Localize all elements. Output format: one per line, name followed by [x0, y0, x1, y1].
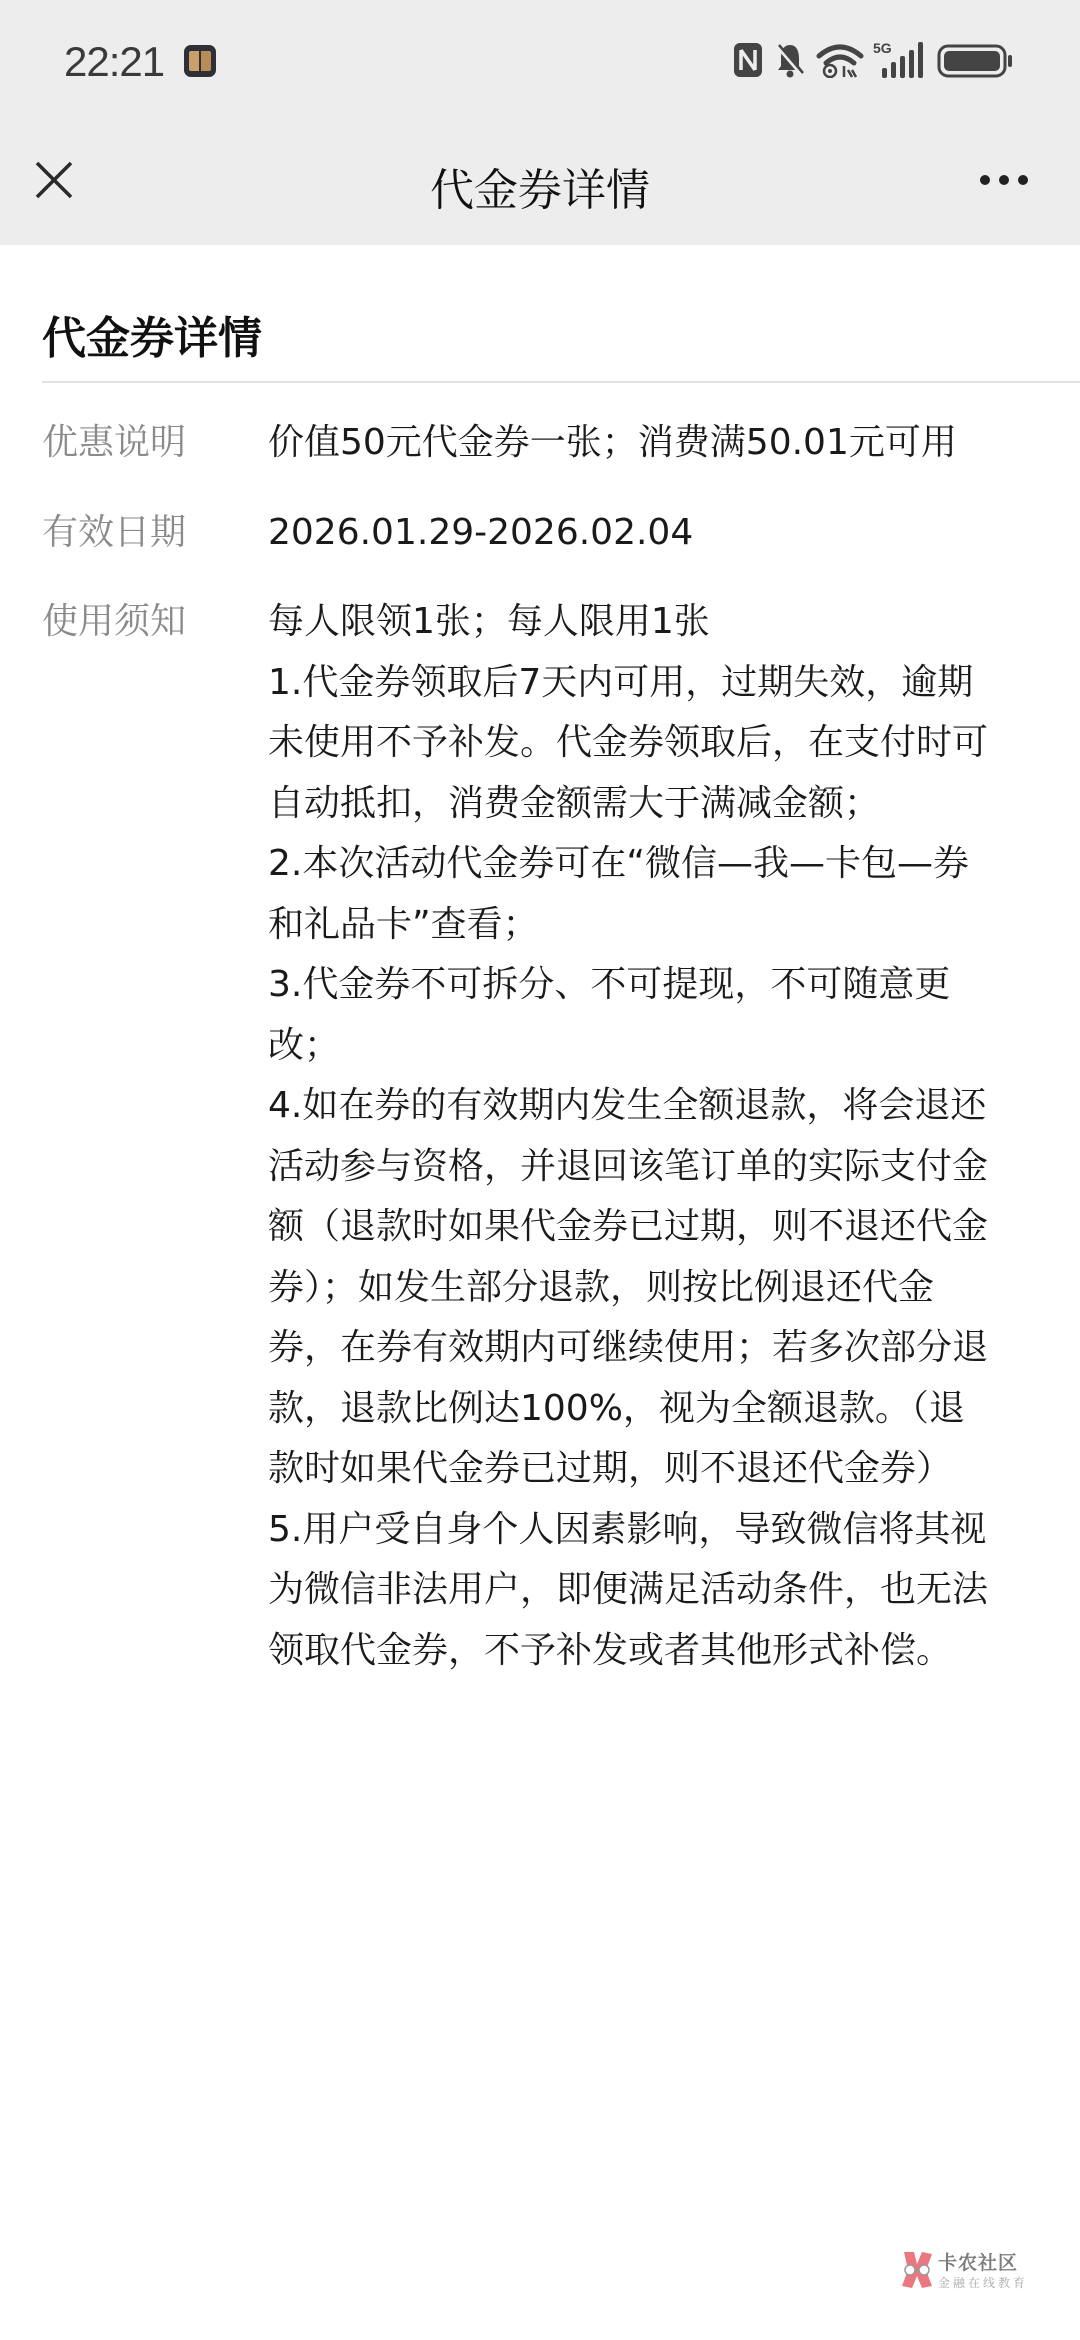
5g-signal-icon: 5G: [873, 40, 927, 80]
nfc-icon: [733, 42, 763, 78]
detail-value: 每人限领1张；每人限用1张 1.代金券领取后7天内可用，过期失效，逾期 未使用不…: [268, 592, 1058, 1681]
detail-value: 2026.01.29-2026.02.04: [268, 503, 1058, 564]
detail-line: 2.本次活动代金券可在“微信—我—卡包—券: [268, 834, 1058, 895]
section-title: 代金券详情: [42, 302, 262, 366]
detail-line: 改；: [268, 1016, 1058, 1077]
bell-off-icon: [776, 42, 804, 78]
detail-line: 1.代金券领取后7天内可用，过期失效，逾期: [268, 653, 1058, 714]
detail-line: 为微信非法用户，即便满足活动条件，也无法: [268, 1560, 1058, 1621]
book-app-icon: [184, 45, 216, 77]
detail-line: 4.如在券的有效期内发生全额退款，将会退还: [268, 1076, 1058, 1137]
watermark: 卡农社区 金融在线教育: [900, 2248, 1080, 2298]
detail-line: 每人限领1张；每人限用1张: [268, 592, 1058, 653]
battery-icon: [937, 44, 1015, 78]
status-time: 22:21: [64, 38, 164, 86]
detail-value: 价值50元代金券一张；消费满50.01元可用: [268, 413, 1058, 474]
detail-line: 和礼品卡”查看；: [268, 895, 1058, 956]
divider: [42, 381, 1080, 383]
top-bar: 22:21 5G: [0, 0, 1080, 245]
detail-line: 5.用户受自身个人因素影响，导致微信将其视: [268, 1500, 1058, 1561]
detail-line: 自动抵扣，消费金额需大于满减金额；: [268, 774, 1058, 835]
detail-label: 优惠说明: [42, 413, 186, 473]
detail-line: 券，在券有效期内可继续使用；若多次部分退: [268, 1318, 1058, 1379]
detail-line: 2026.01.29-2026.02.04: [268, 503, 1058, 564]
detail-label: 使用须知: [42, 592, 186, 652]
detail-label: 有效日期: [42, 503, 186, 563]
wifi-icon: [816, 42, 864, 78]
svg-text:5G: 5G: [873, 40, 892, 56]
detail-line: 券）；如发生部分退款，则按比例退还代金: [268, 1258, 1058, 1319]
more-icon[interactable]: [975, 166, 1035, 194]
detail-line: 价值50元代金券一张；消费满50.01元可用: [268, 413, 1058, 474]
status-icons: 5G: [733, 40, 1023, 80]
detail-line: 额（退款时如果代金券已过期，则不退还代金: [268, 1197, 1058, 1258]
watermark-name: 卡农社区: [938, 2248, 1018, 2275]
detail-line: 款，退款比例达100%，视为全额退款。（退: [268, 1379, 1058, 1440]
detail-line: 活动参与资格，并退回该笔订单的实际支付金: [268, 1137, 1058, 1198]
watermark-logo-icon: [900, 2250, 934, 2290]
detail-line: 3.代金券不可拆分、不可提现，不可随意更: [268, 955, 1058, 1016]
detail-line: 款时如果代金券已过期，则不退还代金券）: [268, 1439, 1058, 1500]
detail-line: 领取代金券，不予补发或者其他形式补偿。: [268, 1621, 1058, 1682]
detail-line: 未使用不予补发。代金券领取后，在支付时可: [268, 713, 1058, 774]
nav-title: 代金券详情: [0, 154, 1080, 218]
watermark-tagline: 金融在线教育: [938, 2274, 1028, 2291]
